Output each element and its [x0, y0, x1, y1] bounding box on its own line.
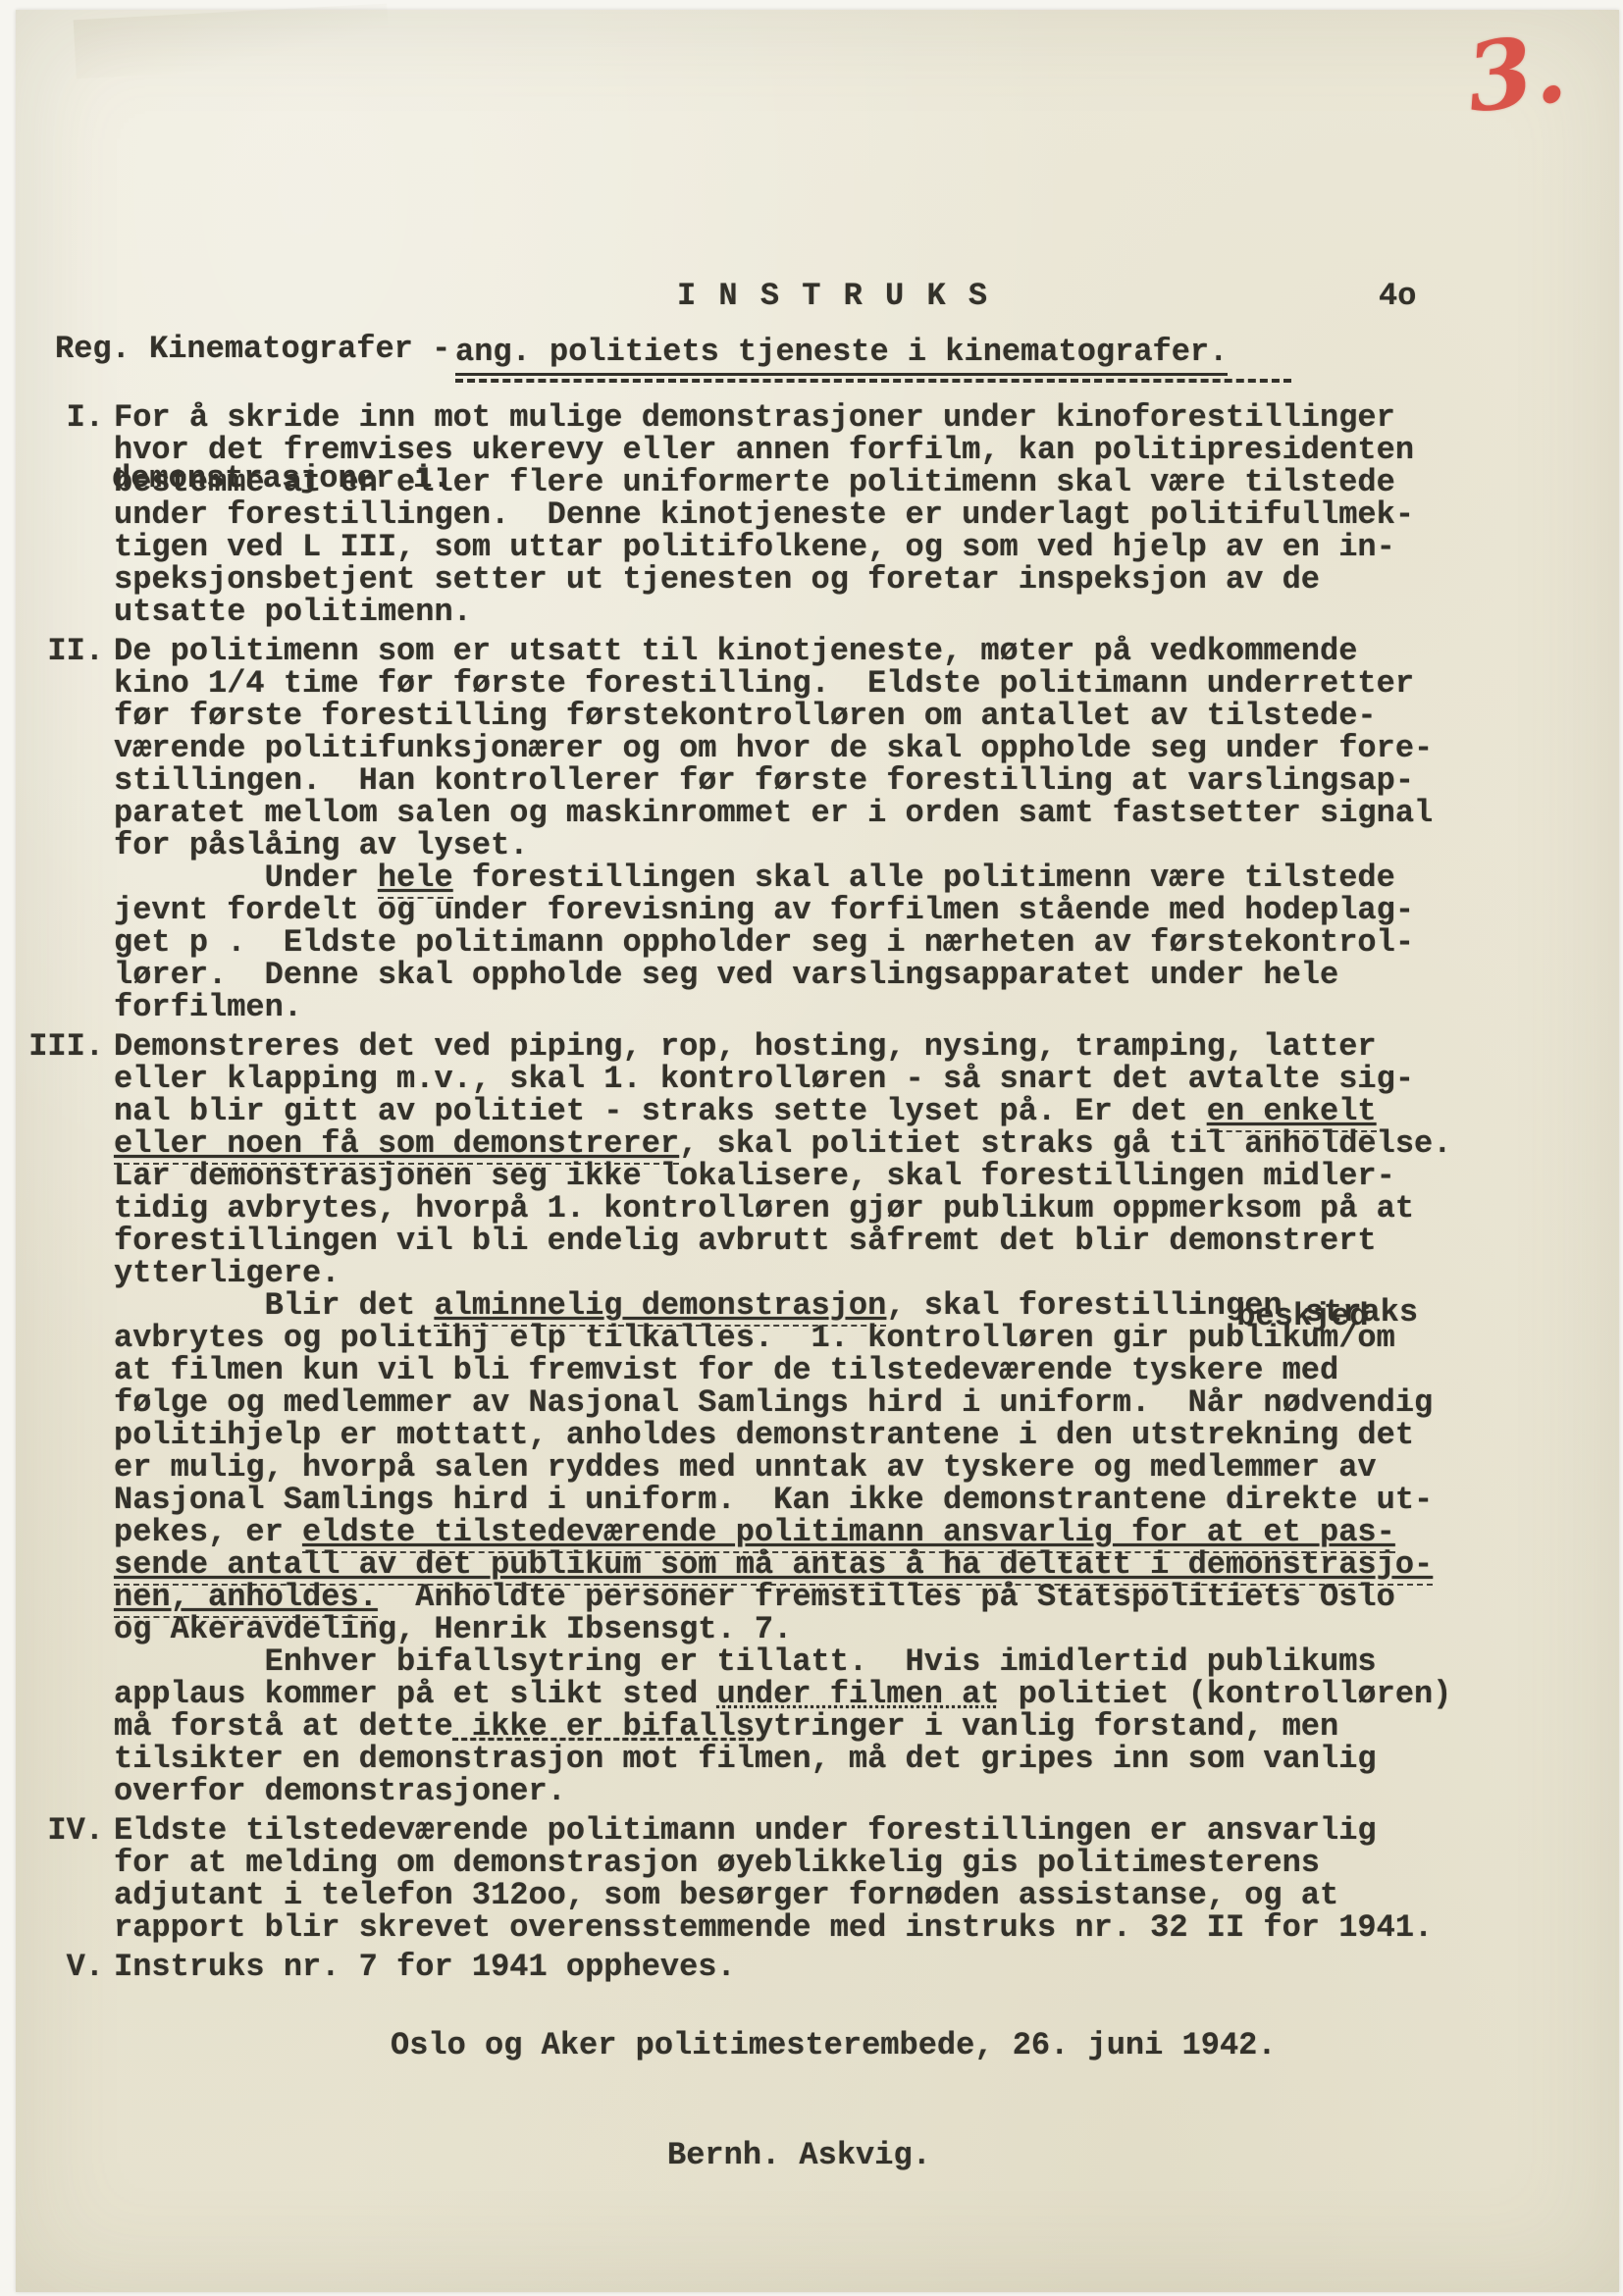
text-segment: følge og medlemmer av Nasjonal Samlings …: [114, 1384, 1433, 1421]
text-segment: utsatte politimenn.: [114, 594, 472, 630]
text-segment: De politimenn som er utsatt til kinotjen…: [114, 633, 1357, 669]
paper-crease: [74, 4, 391, 79]
text-line: get p . Eldste politimann oppholder seg …: [114, 926, 1623, 959]
document-body: I.For å skride inn mot mulige demonstras…: [0, 401, 1623, 1983]
text-line: at filmen kun vil bli fremvist for de ti…: [114, 1354, 1623, 1386]
text-segment: tigen ved L III, som uttar politifolkene…: [114, 529, 1395, 565]
text-segment: Nasjonal Samlings hird i uniform. Kan ik…: [114, 1482, 1433, 1518]
text-line: politihjelp er mottatt, anholdes demonst…: [114, 1419, 1623, 1451]
text-line: Nasjonal Samlings hird i uniform. Kan ik…: [114, 1484, 1623, 1516]
text-line: sende antall av det publikum som må anta…: [114, 1548, 1623, 1581]
text-line: under forestillingen. Denne kinotjeneste…: [114, 498, 1623, 531]
section-numeral: V.: [0, 1951, 104, 1983]
text-segment: tidig avbrytes, hvorpå 1. kontrolløren g…: [114, 1190, 1414, 1226]
text-line: tigen ved L III, som uttar politifolkene…: [114, 531, 1623, 563]
handwritten-page-number: 3.: [1460, 12, 1571, 133]
register-note-line1: Reg. Kinematografer -: [55, 328, 451, 371]
text-line: må forstå at dette ikke er bifallsytring…: [114, 1710, 1623, 1743]
text-line: ytterligere.: [114, 1257, 1623, 1289]
text-segment: politiet (kontrolløren): [1000, 1676, 1452, 1712]
text-segment: lører. Denne skal oppholde seg ved varsl…: [114, 957, 1338, 993]
text-line: Under hele forestillingen skal alle poli…: [114, 861, 1623, 894]
text-line: nal blir gitt av politiet - straks sette…: [114, 1095, 1623, 1127]
scan-background: 3. Reg. Kinematografer - demonstrasjoner…: [0, 0, 1623, 2296]
text-line: og Akeravdeling, Henrik Ibsensgt. 7.: [114, 1613, 1623, 1645]
text-segment: Demonstreres det ved piping, rop, hostin…: [114, 1028, 1377, 1065]
text-segment: Lar demonstrasjonen seg ikke lokalisere,…: [114, 1158, 1395, 1194]
text-line: hvor det fremvises ukerevy eller annen f…: [114, 434, 1623, 466]
underlined-text: under filmen at: [717, 1676, 1000, 1712]
section-numeral: IV.: [0, 1814, 104, 1847]
text-line: eller klapping m.v., skal 1. kontrolløre…: [114, 1063, 1623, 1095]
text-line: forestillingen vil bli endelig avbrutt s…: [114, 1225, 1623, 1257]
text-segment: hvor det fremvises ukerevy eller annen f…: [114, 432, 1414, 468]
document-subtitle-block: ang. politiets tjeneste i kinematografer…: [455, 334, 1291, 383]
text-line: overfor demonstrasjoner.: [114, 1775, 1623, 1807]
text-segment: nal blir gitt av politiet - straks sette…: [114, 1093, 1207, 1129]
text-line: jevnt fordelt og under forevisning av fo…: [114, 894, 1623, 926]
text-line: applaus kommer på et slikt sted under fi…: [114, 1678, 1623, 1710]
text-segment: applaus kommer på et slikt sted: [114, 1676, 717, 1712]
dateline: Oslo og Aker politimesterembede, 26. jun…: [391, 2027, 1277, 2063]
text-segment: ytringer i vanlig forstand, men: [755, 1708, 1338, 1745]
section-III: III.Demonstreres det ved piping, rop, ho…: [0, 1030, 1623, 1807]
text-segment: forestillingen vil bli endelig avbrutt s…: [114, 1223, 1377, 1259]
text-segment: bestemme at en eller flere uniformerte p…: [114, 464, 1395, 500]
text-line: lører. Denne skal oppholde seg ved varsl…: [114, 959, 1623, 991]
document-number: 4o: [1379, 278, 1416, 314]
text-segment: værende politifunksjonærer og om hvor de…: [114, 730, 1433, 766]
text-segment: paratet mellom salen og maskinrommet er …: [114, 795, 1433, 831]
text-segment: rapport blir skrevet overensstemmende me…: [114, 1909, 1433, 1946]
text-line: Blir det alminnelig demonstrasjon, skal …: [114, 1289, 1623, 1322]
text-line: speksjonsbetjent setter ut tjenesten og …: [114, 563, 1623, 596]
text-segment: speksjonsbetjent setter ut tjenesten og …: [114, 561, 1320, 598]
text-line: tidig avbrytes, hvorpå 1. kontrolløren g…: [114, 1192, 1623, 1225]
text-segment: forestillingen skal alle politimenn være…: [453, 860, 1395, 896]
section-numeral: II.: [0, 635, 104, 667]
section-V: V.Instruks nr. 7 for 1941 oppheves.: [0, 1951, 1623, 1983]
text-line: Instruks nr. 7 for 1941 oppheves.: [114, 1951, 1623, 1983]
text-line: tilsikter en demonstrasjon mot filmen, m…: [114, 1743, 1623, 1775]
text-segment: ytterligere.: [114, 1255, 340, 1291]
text-line: forfilmen.: [114, 991, 1623, 1023]
text-segment: Enhver bifallsytring er tillatt. Hvis im…: [114, 1644, 1377, 1680]
section-numeral: III.: [0, 1030, 104, 1063]
underlined-text: ikke er bifalls: [453, 1708, 755, 1745]
text-line: værende politifunksjonærer og om hvor de…: [114, 732, 1623, 764]
text-segment: Instruks nr. 7 for 1941 oppheves.: [114, 1949, 736, 1985]
section-numeral: I.: [0, 401, 104, 434]
text-line: pekes, er eldste tilstedeværende politim…: [114, 1516, 1623, 1548]
text-segment: jevnt fordelt og under forevisning av fo…: [114, 892, 1414, 928]
text-line: rapport blir skrevet overensstemmende me…: [114, 1911, 1623, 1944]
text-segment: avbrytes og politihj elp tilkalles. 1. k…: [114, 1320, 1338, 1356]
text-segment: tilsikter en demonstrasjon mot filmen, m…: [114, 1741, 1377, 1777]
text-segment: kino 1/4 time før første forestilling. E…: [114, 665, 1414, 702]
text-line: kino 1/4 time før første forestilling. E…: [114, 667, 1623, 700]
text-segment: for påslåing av lyset.: [114, 827, 528, 863]
text-segment: eller klapping m.v., skal 1. kontrolløre…: [114, 1061, 1414, 1097]
text-segment: stillingen. Han kontrollerer før første …: [114, 762, 1414, 799]
text-segment: pekes, er: [114, 1514, 302, 1550]
text-line: paratet mellom salen og maskinrommet er …: [114, 797, 1623, 829]
subtitle-underline: [455, 379, 1291, 383]
text-line: er mulig, hvorpå salen ryddes med unntak…: [114, 1451, 1623, 1484]
text-line: adjutant i telefon 312oo, som besørger f…: [114, 1879, 1623, 1911]
text-segment: under forestillingen. Denne kinotjeneste…: [114, 496, 1414, 533]
text-segment: før første forestilling førstekontrollør…: [114, 698, 1377, 734]
section-IV: IV.Eldste tilstedeværende politimann und…: [0, 1814, 1623, 1944]
text-line: Enhver bifallsytring er tillatt. Hvis im…: [114, 1645, 1623, 1678]
section-II: II.De politimenn som er utsatt til kinot…: [0, 635, 1623, 1023]
text-segment: For å skride inn mot mulige demonstrasjo…: [114, 399, 1395, 436]
text-segment: adjutant i telefon 312oo, som besørger f…: [114, 1877, 1338, 1913]
signature: Bernh. Askvig.: [667, 2137, 931, 2173]
text-segment: Blir det: [114, 1287, 434, 1324]
text-line: Demonstreres det ved piping, rop, hostin…: [114, 1030, 1623, 1063]
text-segment: og Akeravdeling, Henrik Ibsensgt. 7.: [114, 1611, 792, 1647]
text-segment: er mulig, hvorpå salen ryddes med unntak…: [114, 1449, 1377, 1486]
text-segment: , skal politiet straks gå til anholdelse…: [679, 1125, 1451, 1162]
text-line: følge og medlemmer av Nasjonal Samlings …: [114, 1386, 1623, 1419]
text-line: bestemme at en eller flere uniformerte p…: [114, 466, 1623, 498]
text-segment: at filmen kun vil bli fremvist for de ti…: [114, 1352, 1338, 1388]
text-segment: overfor demonstrasjoner.: [114, 1773, 566, 1809]
text-line: stillingen. Han kontrollerer før første …: [114, 764, 1623, 797]
text-segment: forfilmen.: [114, 989, 302, 1025]
section-I: I.For å skride inn mot mulige demonstras…: [0, 401, 1623, 628]
text-segment: må forstå at dette: [114, 1708, 453, 1745]
text-line: utsatte politimenn.: [114, 596, 1623, 628]
text-line: For å skride inn mot mulige demonstrasjo…: [114, 401, 1623, 434]
text-line: for at melding om demonstrasjon øyeblikk…: [114, 1847, 1623, 1879]
text-segment: for at melding om demonstrasjon øyeblikk…: [114, 1845, 1320, 1881]
text-segment: Anholdte personer fremstilles på Statspo…: [378, 1579, 1395, 1615]
document-subtitle: ang. politiets tjeneste i kinematografer…: [455, 334, 1228, 376]
text-segment: Eldste tilstedeværende politimann under …: [114, 1812, 1377, 1849]
text-line: Lar demonstrasjonen seg ikke lokalisere,…: [114, 1160, 1623, 1192]
document-title: I N S T R U K S: [677, 278, 989, 314]
text-line: for påslåing av lyset.: [114, 829, 1623, 861]
text-segment: politihjelp er mottatt, anholdes demonst…: [114, 1417, 1414, 1453]
text-line: før første forestilling førstekontrollør…: [114, 700, 1623, 732]
text-line: Eldste tilstedeværende politimann under …: [114, 1814, 1623, 1847]
text-segment: Under: [114, 860, 378, 896]
text-line: De politimenn som er utsatt til kinotjen…: [114, 635, 1623, 667]
text-line: eller noen få som demonstrerer, skal pol…: [114, 1127, 1623, 1160]
text-segment: get p . Eldste politimann oppholder seg …: [114, 924, 1414, 961]
